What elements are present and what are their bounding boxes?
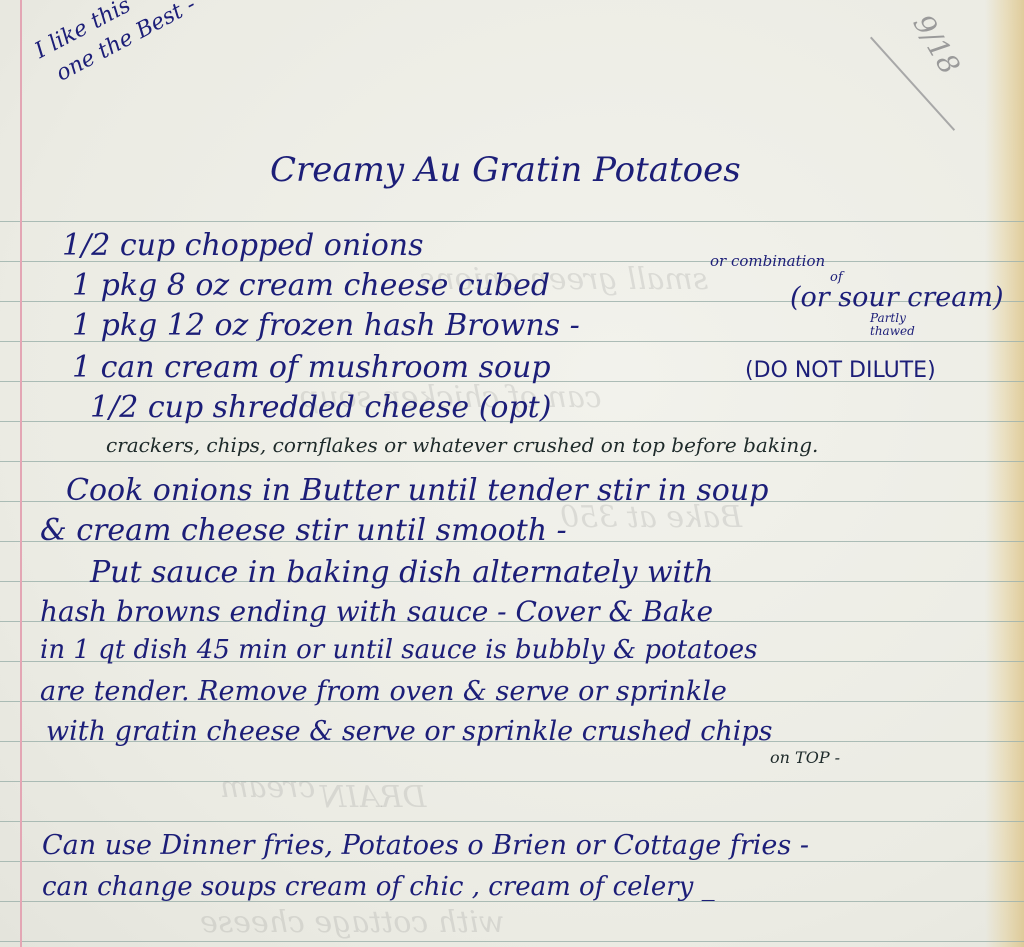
ingredient-note: Partly thawed	[870, 312, 926, 338]
margin-line	[20, 0, 22, 947]
ingredient-note: (DO NOT DILUTE)	[745, 358, 936, 383]
ingredient-note: or combination	[710, 252, 825, 270]
direction-line: hash browns ending with sauce - Cover & …	[40, 595, 713, 628]
ingredient-note: (or sour cream)	[790, 282, 1004, 313]
ingredient-line: 1 pkg 8 oz cream cheese cubed	[72, 268, 550, 303]
side-note: I like this one the Best -	[30, 0, 201, 93]
ingredient-line: crackers, chips, cornflakes or whatever …	[106, 433, 818, 457]
ingredient-line: 1 pkg 12 oz frozen hash Browns -	[72, 308, 580, 343]
bleed-through-text: DRAIN	[320, 780, 426, 815]
pencil-date-mark: 9/18	[906, 9, 966, 80]
direction-line: in 1 qt dish 45 min or until sauce is bu…	[40, 635, 757, 665]
bleed-through-text: with cottage cheese	[200, 905, 504, 940]
direction-line: are tender. Remove from oven & serve or …	[40, 676, 727, 707]
ingredient-line: 1 can cream of mushroom soup	[72, 350, 551, 385]
variation-line: can change soups cream of chic , cream o…	[42, 872, 715, 902]
direction-line: & cream cheese stir until smooth -	[40, 513, 567, 548]
direction-line: with gratin cheese & serve or sprinkle c…	[46, 716, 773, 747]
recipe-title: Creamy Au Gratin Potatoes	[270, 150, 741, 190]
recipe-page: small green onions can of chicken soup B…	[0, 0, 1024, 947]
ingredient-line: 1/2 cup shredded cheese (opt)	[90, 390, 551, 425]
direction-line: Cook onions in Butter until tender stir …	[66, 473, 768, 508]
direction-line: on TOP -	[770, 748, 840, 767]
direction-line: Put sauce in baking dish alternately wit…	[90, 555, 714, 590]
ingredient-line: 1/2 cup chopped onions	[62, 228, 424, 263]
bleed-through-text: cream	[220, 770, 315, 805]
variation-line: Can use Dinner fries, Potatoes o Brien o…	[42, 830, 809, 861]
